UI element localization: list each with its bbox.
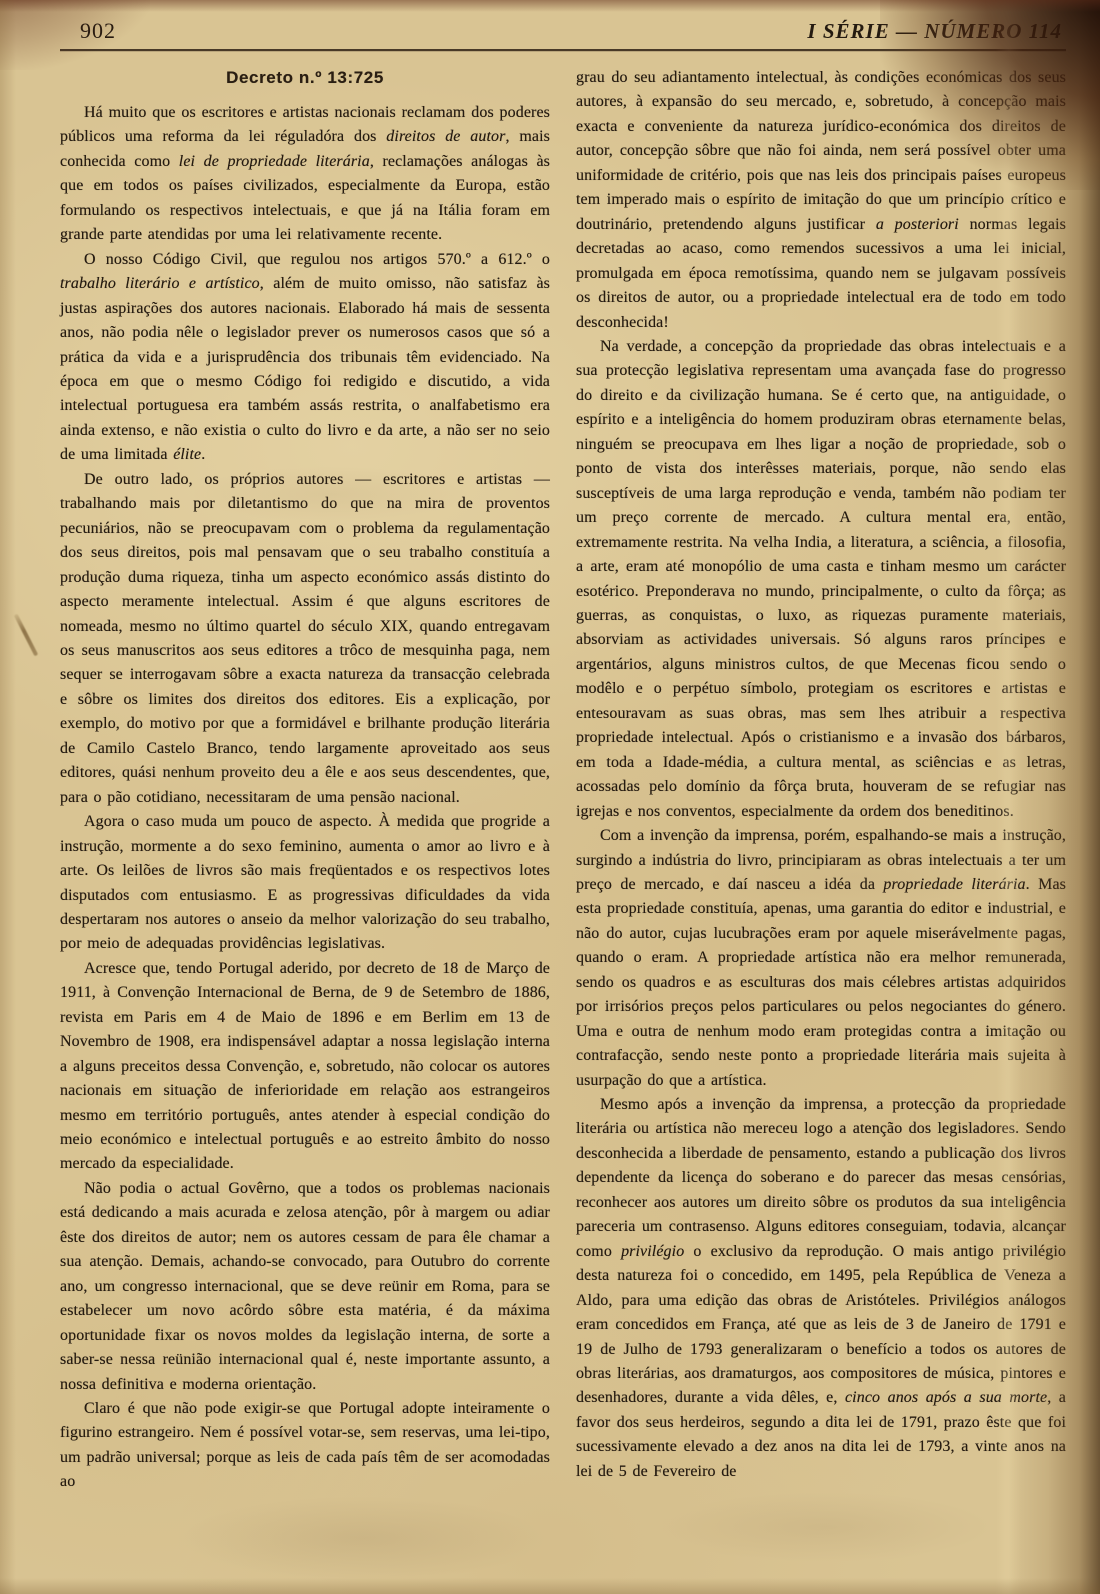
paragraph: Claro é que não pode exigir-se que Portu…	[60, 1397, 550, 1495]
masthead: 902 I SÉRIE — NÚMERO 114	[60, 18, 1066, 44]
paragraph: Há muito que os escritores e artistas na…	[60, 101, 550, 248]
decree-title: Decreto n.º 13:725	[60, 68, 550, 88]
paragraph: De outro lado, os próprios autores — esc…	[60, 468, 550, 810]
column-left-body: Há muito que os escritores e artistas na…	[60, 101, 550, 1495]
paragraph: Com a invenção da imprensa, porém, espal…	[576, 824, 1066, 1093]
column-right-body: grau do seu adiantamento intelectual, às…	[576, 66, 1066, 1484]
paragraph: Não podia o actual Govêrno, que a todos …	[60, 1177, 550, 1397]
edition-header: I SÉRIE — NÚMERO 114	[807, 19, 1062, 44]
page-number: 902	[80, 18, 116, 44]
paragraph: Mesmo após a invenção da imprensa, a pro…	[576, 1093, 1066, 1484]
paragraph: grau do seu adiantamento intelectual, às…	[576, 66, 1066, 335]
column-right: grau do seu adiantamento intelectual, às…	[576, 66, 1066, 1495]
column-left: Decreto n.º 13:725 Há muito que os escri…	[60, 66, 550, 1495]
paragraph: Acresce que, tendo Portugal aderido, por…	[60, 957, 550, 1177]
masthead-rule	[60, 49, 1066, 51]
paragraph: O nosso Código Civil, que regulou nos ar…	[60, 248, 550, 468]
paragraph: Na verdade, a concepção da propriedade d…	[576, 335, 1066, 824]
paragraph: Agora o caso muda um pouco de aspecto. À…	[60, 810, 550, 957]
text-columns: Decreto n.º 13:725 Há muito que os escri…	[60, 66, 1066, 1495]
gazette-page: 902 I SÉRIE — NÚMERO 114 Decreto n.º 13:…	[0, 0, 1100, 1594]
